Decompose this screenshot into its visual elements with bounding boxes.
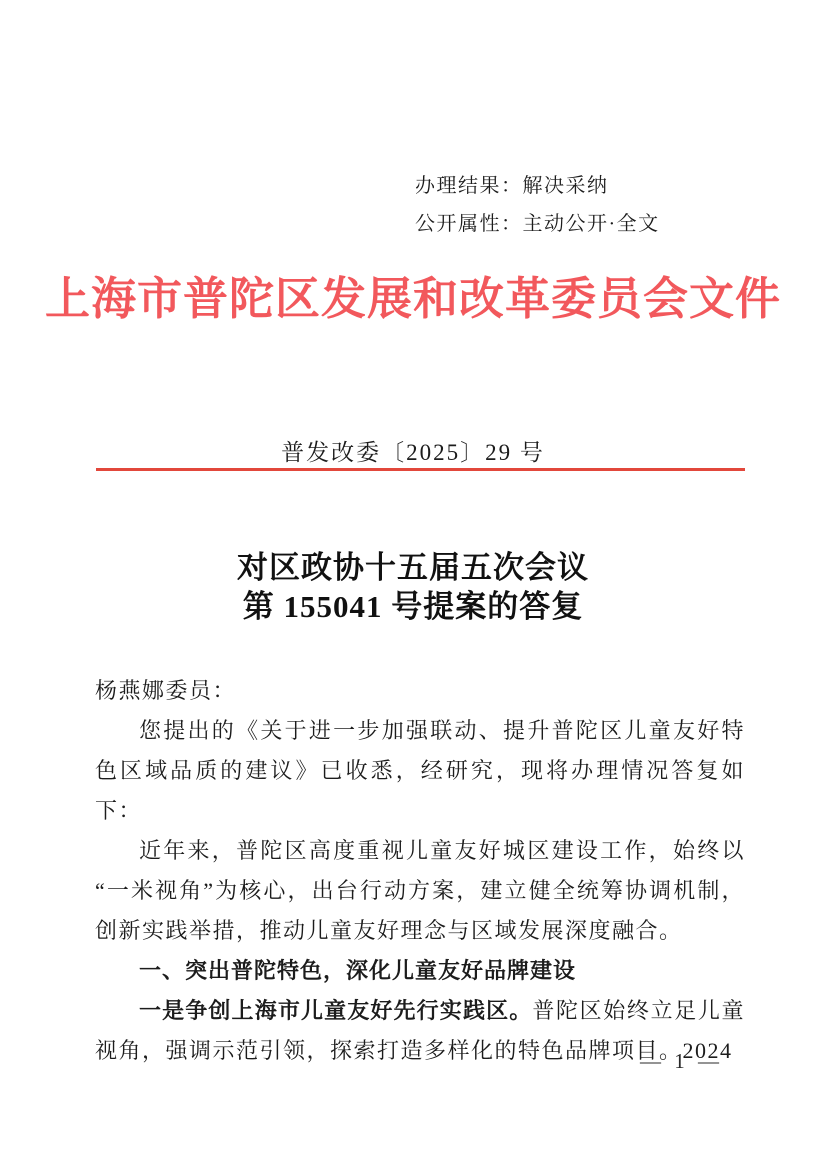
- section-heading: 一、突出普陀特色，深化儿童友好品牌建设: [95, 951, 745, 991]
- red-divider-rule: [96, 468, 745, 471]
- paragraph-lead-bold: 一是争创上海市儿童友好先行实践区。: [139, 998, 532, 1023]
- paragraph: 您提出的《关于进一步加强联动、提升普陀区儿童友好特色区域品质的建议》已收悉，经研…: [95, 711, 745, 831]
- paragraph: 近年来，普陀区高度重视儿童友好城区建设工作，始终以“一米视角”为核心，出台行动方…: [95, 831, 745, 951]
- document-title-line-2: 第 155041 号提案的答复: [0, 587, 826, 626]
- meta-block: 办理结果：解决采纳 公开属性：主动公开·全文: [415, 167, 660, 243]
- disclosure-attribute-line: 公开属性：主动公开·全文: [415, 205, 660, 243]
- document-number: 普发改委〔2025〕29 号: [0, 434, 826, 467]
- document-title: 对区政协十五届五次会议 第 155041 号提案的答复: [0, 548, 826, 626]
- page-number: — 1 —: [640, 1049, 723, 1074]
- handling-result-line: 办理结果：解决采纳: [415, 167, 660, 205]
- agency-banner-title: 上海市普陀区发展和改革委员会文件: [0, 262, 826, 327]
- document-body: 杨燕娜委员： 您提出的《关于进一步加强联动、提升普陀区儿童友好特色区域品质的建议…: [95, 671, 745, 1071]
- document-page: 办理结果：解决采纳 公开属性：主动公开·全文 上海市普陀区发展和改革委员会文件 …: [0, 0, 826, 1169]
- salutation: 杨燕娜委员：: [95, 671, 745, 711]
- document-title-line-1: 对区政协十五届五次会议: [0, 548, 826, 587]
